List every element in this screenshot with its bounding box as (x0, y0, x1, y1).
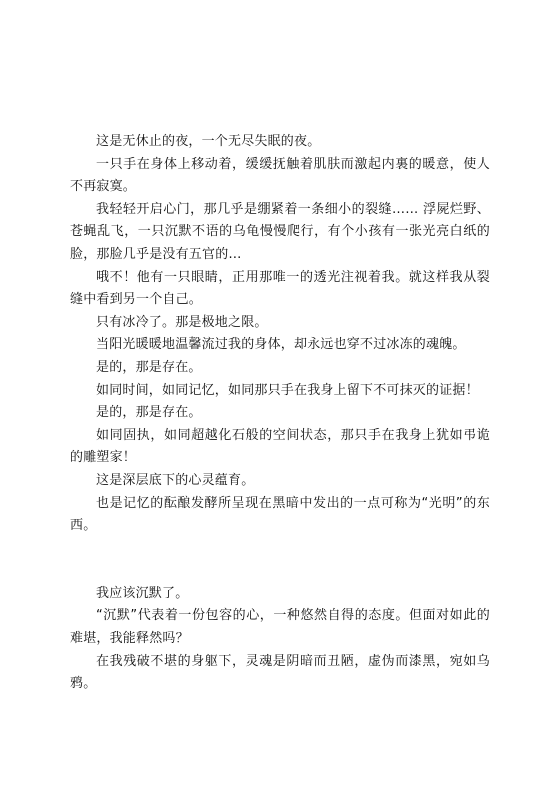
paragraph: 这是无休止的夜，一个无尽失眠的夜。 (70, 131, 490, 154)
paragraph: “沉默”代表着一份包容的心，一种悠然自得的态度。但面对如此的难堪，我能释然吗？ (70, 605, 490, 650)
paragraph: 一只手在身体上移动着，缓缓抚触着肌肤而激起内裏的暖意，使人不再寂寞。 (70, 154, 490, 199)
document-page: 这是无休止的夜，一个无尽失眠的夜。 一只手在身体上移动着，缓缓抚触着肌肤而激起内… (70, 131, 490, 696)
paragraph: 在我残破不堪的身躯下，灵魂是阴暗而丑陋，虚伪而漆黑，宛如乌鸦。 (70, 651, 490, 696)
paragraph: 是的，那是存在。 (70, 402, 490, 425)
paragraph: 是的，那是存在。 (70, 357, 490, 380)
blank-line (70, 538, 490, 561)
paragraph: 如同时间，如同记忆，如同那只手在我身上留下不可抹灭的证据！ (70, 380, 490, 403)
paragraph: 当阳光暖暖地温馨流过我的身体，却永远也穿不过冰冻的魂魄。 (70, 334, 490, 357)
paragraph: 只有冰冷了。那是极地之限。 (70, 312, 490, 335)
blank-line (70, 560, 490, 583)
paragraph: 如同固执，如同超越化石般的空间状态，那只手在我身上犹如弔诡的雕塑家！ (70, 425, 490, 470)
paragraph: 这是深层底下的心灵蕴育。 (70, 470, 490, 493)
paragraph: 也是记忆的酝酿发酵所呈现在黑暗中发出的一点可称为“光明”的东西。 (70, 493, 490, 538)
paragraph: 我轻轻开启心门，那几乎是绷紧着一条细小的裂缝…… 浮屍烂野、苍蝇乱飞，一只沉默不… (70, 199, 490, 267)
paragraph: 我应该沉默了。 (70, 583, 490, 606)
paragraph: 哦不！他有一只眼睛，正用那唯一的透光注视着我。就这样我从裂缝中看到另一个自己。 (70, 267, 490, 312)
